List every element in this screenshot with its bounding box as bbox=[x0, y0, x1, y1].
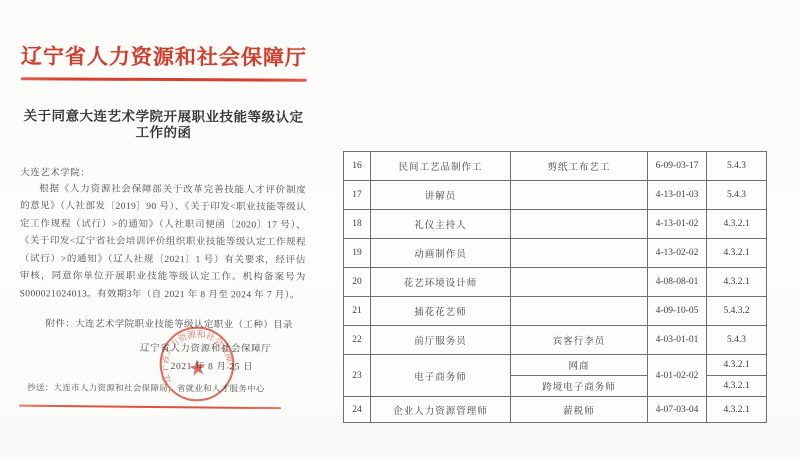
code-cell: 4-09-10-05 bbox=[648, 297, 707, 326]
worktype-cell: 薪税师 bbox=[511, 397, 648, 423]
row-no: 16 bbox=[344, 152, 371, 181]
letter-title-line1: 关于同意大连艺术学院开展职业技能等级认定 bbox=[21, 108, 307, 125]
table-row: 20 花艺环境设计师 4-08-08-01 4.3.2.1 bbox=[344, 268, 767, 297]
levels-cell: 5.4.3 bbox=[707, 152, 767, 181]
levels-cell: 4.3.2.1 bbox=[707, 268, 767, 297]
code-cell: 4-08-08-01 bbox=[648, 268, 707, 297]
table-row: 17 讲解员 4-13-01-03 5.4.3 bbox=[344, 181, 767, 210]
worktype-cell: 网商 bbox=[511, 355, 648, 376]
table-row: 18 礼仪主持人 4-13-01-02 4.3.2.1 bbox=[344, 210, 767, 239]
table-row: 19 动画制作员 4-13-02-02 4.3.2.1 bbox=[344, 239, 767, 268]
occupation-cell: 动画制作员 bbox=[371, 239, 511, 268]
occupation-cell: 企业人力资源管理师 bbox=[371, 397, 511, 423]
worktype-cell bbox=[511, 181, 648, 210]
levels-cell: 4.3.2.1 bbox=[707, 355, 767, 376]
occupation-cell: 花艺环境设计师 bbox=[371, 268, 511, 297]
worktype-cell: 宾客行李员 bbox=[511, 326, 648, 355]
table-row: 23 电子商务师 网商 4-01-02-02 4.3.2.1 bbox=[344, 355, 767, 376]
official-seal-stamp: 辽宁省人力资源和社会保障厅 ★ bbox=[153, 320, 241, 408]
code-cell: 4-07-03-04 bbox=[648, 397, 707, 423]
code-cell: 6-09-03-17 bbox=[648, 152, 707, 181]
levels-cell: 4.3.2.1 bbox=[707, 239, 767, 268]
row-no: 19 bbox=[344, 239, 371, 268]
occupation-cell: 电子商务师 bbox=[371, 355, 511, 397]
code-cell: 4-03-01-01 bbox=[648, 326, 707, 355]
salutation: 大连艺术学院： bbox=[20, 164, 306, 179]
row-no: 22 bbox=[344, 326, 371, 355]
row-no: 21 bbox=[344, 297, 371, 326]
levels-cell: 4.3.2.1 bbox=[707, 376, 767, 397]
levels-cell: 5.4.3.2 bbox=[707, 297, 767, 326]
seal-star-icon: ★ bbox=[187, 355, 209, 381]
occupation-cell: 讲解员 bbox=[371, 181, 511, 210]
red-bottom-rule bbox=[19, 405, 281, 410]
letter-body: 根据《人力资源社会保障部关于改革完善技能人才评价制度的意见》（人社部发〔2019… bbox=[20, 181, 307, 305]
code-cell: 4-01-02-02 bbox=[648, 355, 707, 397]
code-cell: 4-13-02-02 bbox=[648, 239, 707, 268]
levels-cell: 4.3.2.1 bbox=[707, 210, 767, 239]
row-no: 18 bbox=[344, 210, 371, 239]
row-no: 23 bbox=[344, 355, 371, 397]
worktype-cell bbox=[511, 239, 648, 268]
row-no: 17 bbox=[344, 181, 371, 210]
occupation-cell: 民间工艺品制作工 bbox=[371, 152, 511, 181]
row-no: 24 bbox=[344, 397, 371, 423]
occupation-cell: 插花花艺师 bbox=[371, 297, 511, 326]
levels-cell: 5.4.3 bbox=[707, 326, 767, 355]
table-row: 22 前厅服务员 宾客行李员 4-03-01-01 5.4.3 bbox=[344, 326, 767, 355]
red-header-rule bbox=[21, 77, 307, 81]
row-no: 20 bbox=[344, 268, 371, 297]
table-row: 24 企业人力资源管理师 薪税师 4-07-03-04 4.3.2.1 bbox=[344, 397, 767, 423]
worktype-cell bbox=[511, 268, 648, 297]
scanned-document-page: 辽宁省人力资源和社会保障厅 关于同意大连艺术学院开展职业技能等级认定 工作的函 … bbox=[0, 0, 800, 460]
code-cell: 4-13-01-03 bbox=[648, 181, 707, 210]
letter-title: 关于同意大连艺术学院开展职业技能等级认定 工作的函 bbox=[20, 108, 306, 141]
letter-title-line2: 工作的函 bbox=[20, 124, 306, 141]
occupation-catalogue-table: 16 民间工艺品制作工 剪纸工布艺工 6-09-03-17 5.4.3 17 讲… bbox=[343, 151, 767, 423]
agency-header: 辽宁省人力资源和社会保障厅 bbox=[21, 43, 307, 70]
worktype-cell bbox=[511, 297, 648, 326]
levels-cell: 5.4.3 bbox=[707, 181, 767, 210]
worktype-cell: 剪纸工布艺工 bbox=[511, 152, 648, 181]
worktype-cell: 跨境电子商务师 bbox=[511, 376, 648, 397]
occupation-cell: 前厅服务员 bbox=[371, 326, 511, 355]
levels-cell: 4.3.2.1 bbox=[707, 397, 767, 423]
code-cell: 4-13-01-02 bbox=[648, 210, 707, 239]
table-row: 21 插花花艺师 4-09-10-05 5.4.3.2 bbox=[344, 297, 767, 326]
table-row: 16 民间工艺品制作工 剪纸工布艺工 6-09-03-17 5.4.3 bbox=[344, 152, 767, 181]
occupation-cell: 礼仪主持人 bbox=[371, 210, 511, 239]
worktype-cell bbox=[511, 210, 648, 239]
